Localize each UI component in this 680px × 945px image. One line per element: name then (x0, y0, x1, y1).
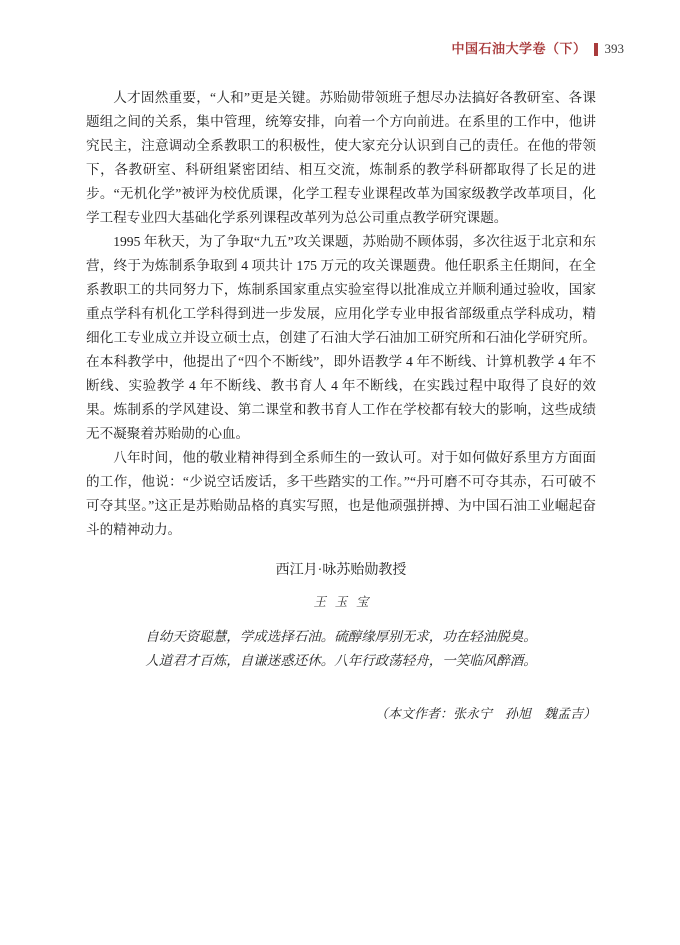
author-attribution: （本文作者：张永宁 孙旭 魏孟吉） (86, 703, 596, 725)
poem-line-2: 人道君才百炼，自谦迷惑还休。八年行政荡轻舟，一笑临风醉酒。 (86, 649, 596, 673)
article-body: 人才固然重要，“人和”更是关键。苏贻勋带领班子想尽办法搞好各教研室、各课题组之间… (86, 86, 596, 725)
paragraph-1: 人才固然重要，“人和”更是关键。苏贻勋带领班子想尽办法搞好各教研室、各课题组之间… (86, 86, 596, 230)
poem-author: 王玉宝 (86, 592, 596, 612)
page-number: 393 (605, 41, 625, 57)
book-page: 中国石油大学卷（下） 393 人才固然重要，“人和”更是关键。苏贻勋带领班子想尽… (0, 0, 680, 945)
paragraph-2: 1995 年秋天，为了争取“九五”攻关课题，苏贻勋不顾体弱，多次往返于北京和东营… (86, 230, 596, 446)
page-header: 中国石油大学卷（下） 393 (451, 41, 624, 57)
volume-title: 中国石油大学卷（下） (451, 41, 586, 57)
poem-title: 西江月·咏苏贻勋教授 (86, 559, 596, 583)
header-divider-bar (594, 43, 598, 56)
poem-line-1: 自幼天资聪慧，学成选择石油。硫醇缘厚别无求，功在轻油脱臭。 (86, 625, 596, 649)
paragraph-3: 八年时间，他的敬业精神得到全系师生的一致认可。对于如何做好系里方方面面的工作，他… (86, 446, 596, 542)
